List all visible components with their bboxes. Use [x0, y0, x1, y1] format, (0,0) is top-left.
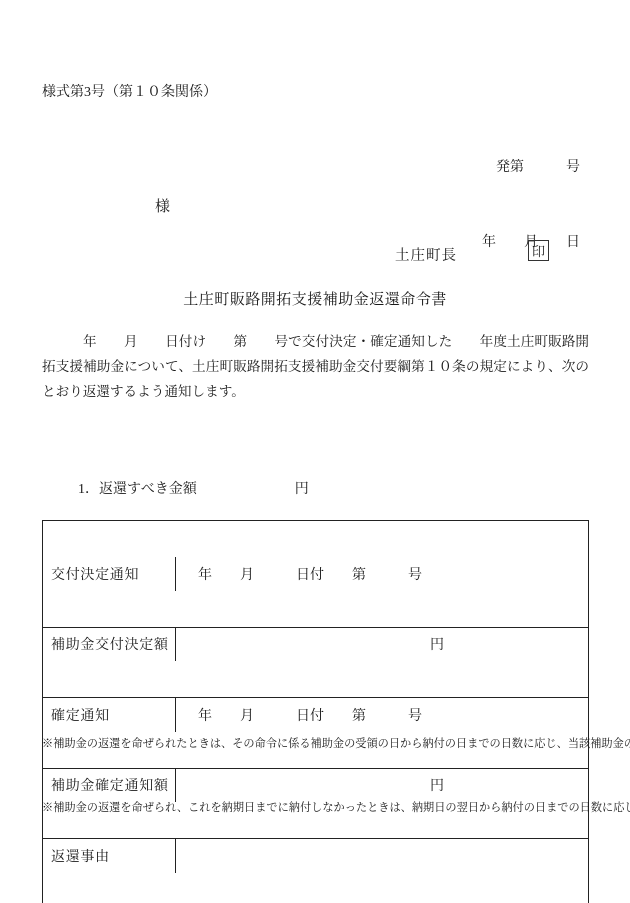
- table-row: 交付決定通知 年 月 日付 第 号: [43, 557, 588, 591]
- document-number-block: 発第 号 年 月 日: [482, 105, 580, 305]
- document-page: 様式第3号（第１０条関係） 発第 号 年 月 日 様 土庄町長 印 土庄町販路開…: [0, 0, 630, 903]
- row-value: 年 月 日付 第 号: [176, 557, 588, 591]
- document-number: 発第 号: [482, 155, 580, 180]
- document-title: 土庄町販路開拓支援補助金返還命令書: [0, 288, 630, 309]
- seal-icon: 印: [528, 240, 549, 261]
- row-value: 円: [176, 628, 588, 662]
- row-label: 交付決定通知: [43, 557, 176, 591]
- footnotes: ※補助金の返還を命ぜられたときは、その命令に係る補助金の受領の日から納付の日まで…: [42, 691, 590, 862]
- body-paragraph: 年 月 日付け 第 号で交付決定・確定通知した 年度土庄町販路開拓支援補助金につ…: [42, 329, 589, 404]
- form-label: 様式第3号（第１０条関係）: [42, 81, 217, 101]
- issuer-name: 土庄町長: [395, 244, 457, 265]
- table-row: 補助金交付決定額 円: [43, 627, 588, 662]
- row-label: 補助金交付決定額: [43, 628, 176, 662]
- item-amount-due: 1．返還すべき金額 円: [78, 477, 337, 502]
- note-late-charge: ※補助金の返還を命ぜられ、これを納期日までに納付しなかったときは、納期日の翌日か…: [42, 798, 590, 819]
- note-addition-charge: ※補助金の返還を命ぜられたときは、その命令に係る補助金の受領の日から納付の日まで…: [42, 734, 590, 755]
- addressee-honorific: 様: [155, 195, 170, 216]
